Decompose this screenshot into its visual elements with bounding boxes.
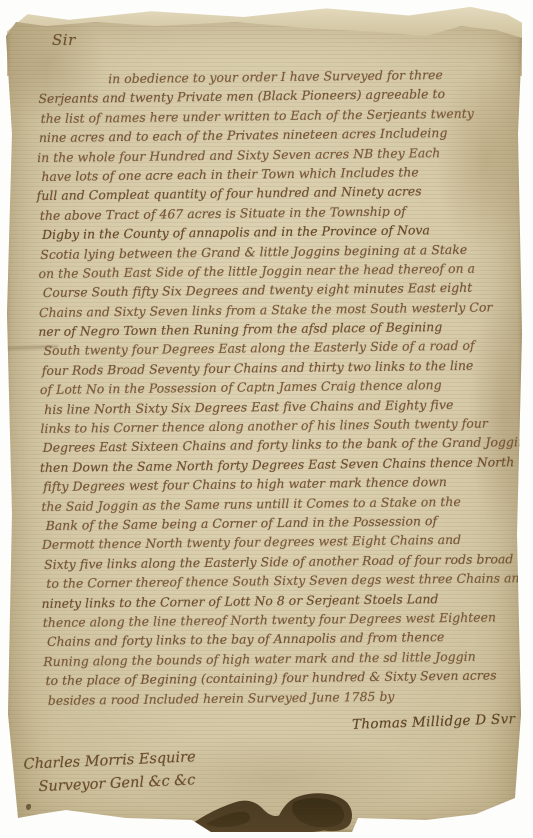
scanned-manuscript-page: Sir in obedience to your order I have Su… xyxy=(0,0,533,838)
salutation: Sir xyxy=(52,31,76,49)
ink-stain xyxy=(176,786,366,834)
addressee-block: Charles Morris Esquire Surveyor Genl &c … xyxy=(23,746,197,799)
manuscript-body: in obedience to your order I have Survey… xyxy=(36,64,526,710)
ink-speck xyxy=(26,804,31,810)
surveyor-signature: Thomas Millidge D Svr xyxy=(352,711,516,733)
ink-stain-dark-core xyxy=(206,798,344,827)
manuscript-paper: Sir in obedience to your order I have Su… xyxy=(6,14,522,832)
ink-stain-blob xyxy=(184,793,352,833)
